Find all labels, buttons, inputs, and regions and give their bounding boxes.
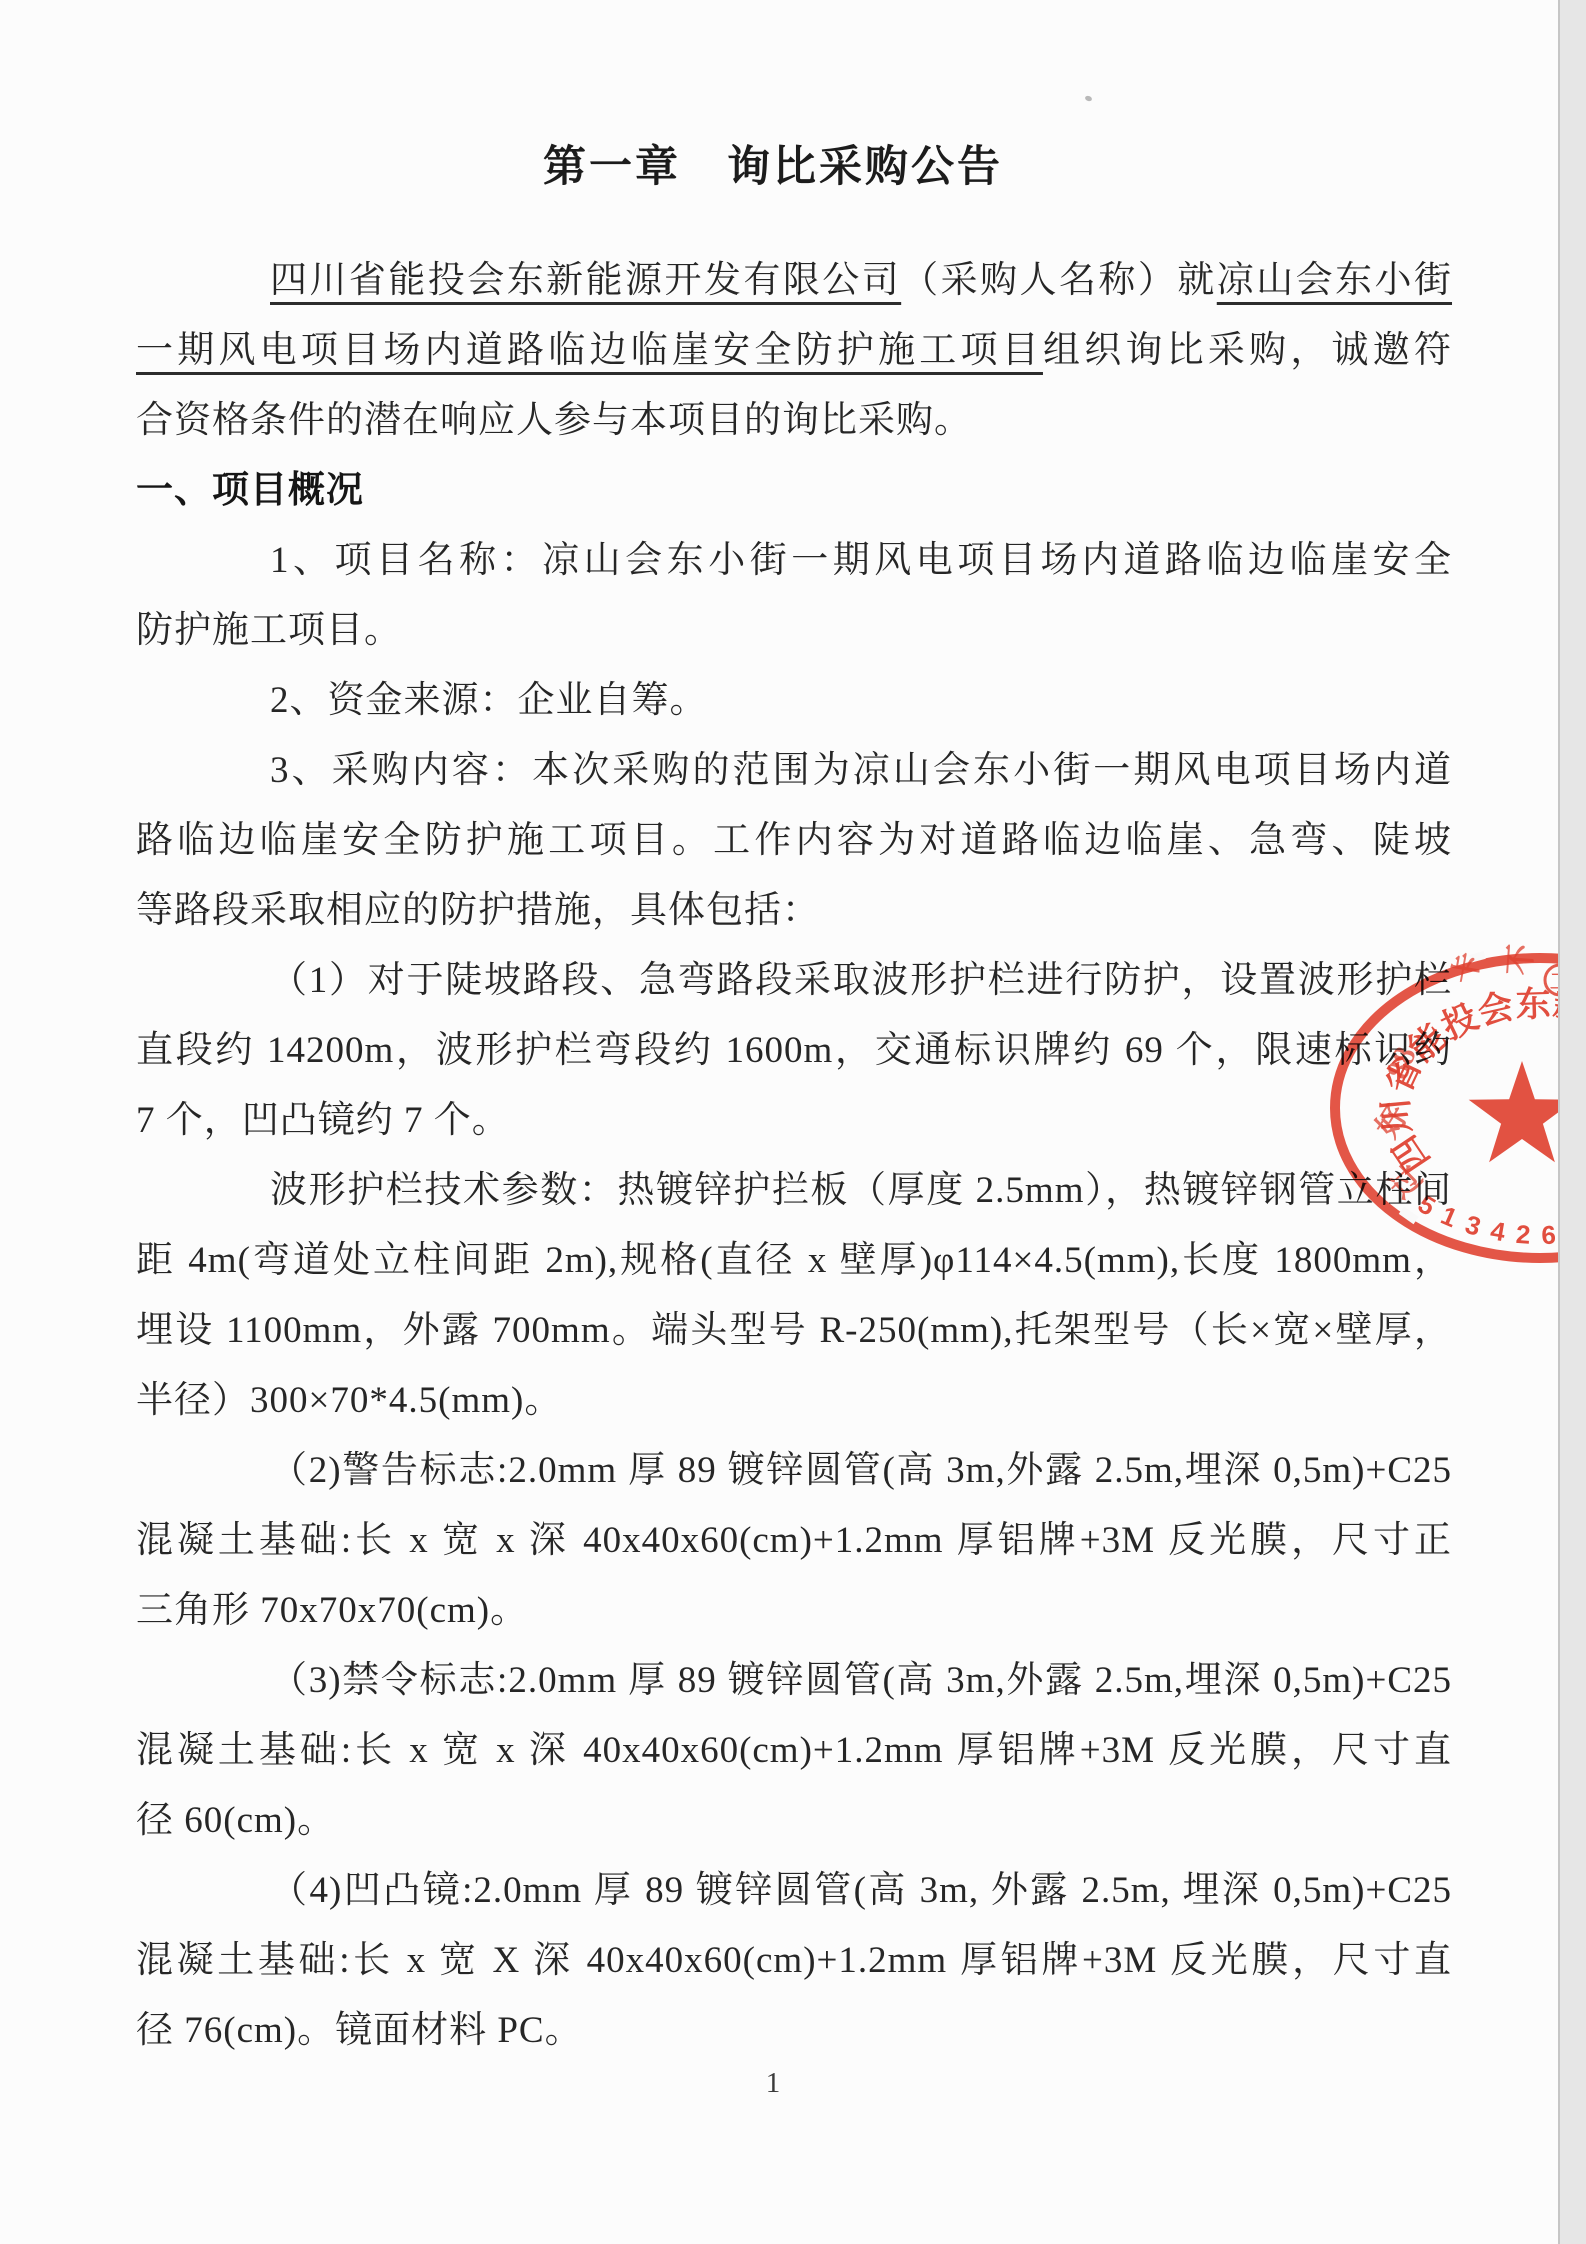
doc-line: 混凝土基础:长 x 宽 X 深 40x40x60(cm)+1.2mm 厚铝牌+3… (136, 1926, 1452, 1996)
doc-line: 等路段采取相应的防护措施，具体包括： (136, 876, 1452, 946)
doc-text: 埋设 1100mm，外露 700mm。端头型号 R-250(mm),托架型号（长… (136, 1310, 1452, 1351)
doc-line: 混凝土基础:长 x 宽 x 深 40x40x60(cm)+1.2mm 厚铝牌+3… (136, 1506, 1452, 1576)
doc-line: 四川省能投会东新能源开发有限公司（采购人名称）就凉山会东小街 (136, 246, 1452, 316)
scanned-document-page: 第一章 询比采购公告 四川省能投会东新能源开发有限公司（采购人名称）就凉山会东小… (0, 0, 1586, 2244)
doc-line: 距 4m(弯道处立柱间距 2m),规格(直径 x 壁厚)φ114×4.5(mm)… (136, 1226, 1452, 1296)
doc-line: 7 个，凹凸镜约 7 个。 (136, 1086, 1452, 1156)
doc-line: 三角形 70x70x70(cm)。 (136, 1576, 1452, 1646)
doc-line: 1、项目名称：凉山会东小街一期风电项目场内道路临边临崖安全 (136, 526, 1452, 596)
doc-text: 直段约 14200m，波形护栏弯段约 1600m，交通标识牌约 69 个，限速标… (136, 1030, 1452, 1071)
scan-artifact-dot (1084, 95, 1092, 102)
seal-ring-wear-mark (1469, 951, 1486, 963)
doc-line: 直段约 14200m，波形护栏弯段约 1600m，交通标识牌约 69 个，限速标… (136, 1016, 1452, 1086)
subitem-4-convex-mirror: （4)凹凸镜:2.0mm 厚 89 镀锌圆管(高 3m, 外露 2.5m, 埋深… (136, 1856, 1452, 1926)
item-project-name: 1、项目名称：凉山会东小街一期风电项目场内道路临边临崖安全 (270, 540, 1452, 581)
doc-text: 3、采购内容：本次采购的范围为凉山会东小街一期风电项目场内道 (270, 750, 1452, 791)
doc-text: 三角形 70x70x70(cm)。 (136, 1590, 528, 1631)
buyer-company-name: 四川省能投会东新能源开发有限公司 (270, 260, 901, 301)
doc-line: 半径）300×70*4.5(mm)。 (136, 1366, 1452, 1436)
doc-text: （3)禁令标志:2.0mm 厚 89 镀锌圆管(高 3m,外露 2.5m,埋深 … (270, 1660, 1452, 1701)
doc-text: 混凝土基础:长 x 宽 X 深 40x40x60(cm)+1.2mm 厚铝牌+3… (136, 1940, 1452, 1981)
doc-text: 径 76(cm)。镜面材料 PC。 (136, 2010, 583, 2051)
doc-line: 混凝土基础:长 x 宽 x 深 40x40x60(cm)+1.2mm 厚铝牌+3… (136, 1716, 1452, 1786)
doc-line: 防护施工项目。 (136, 596, 1452, 666)
doc-text: 半径）300×70*4.5(mm)。 (136, 1380, 562, 1421)
doc-text: 2、资金来源：企业自筹。 (270, 680, 708, 721)
page-number: 1 (0, 2060, 1546, 2106)
document-body: 四川省能投会东新能源开发有限公司（采购人名称）就凉山会东小街 一期风电项目场内道… (136, 246, 1452, 2066)
project-name-part: 一期风电项目场内道路临边临崖安全防护施工项目 (136, 330, 1043, 371)
subitem-1-guardrail: （1）对于陡坡路段、急弯路段采取波形护栏进行防护，设置波形护栏 (136, 946, 1452, 1016)
doc-text: （4)凹凸镜:2.0mm 厚 89 镀锌圆管(高 3m, 外露 2.5m, 埋深… (270, 1870, 1452, 1911)
scan-edge-strip (1558, 0, 1586, 2244)
item-procurement-content: 3、采购内容：本次采购的范围为凉山会东小街一期风电项目场内道 (136, 736, 1452, 806)
doc-text: 合资格条件的潜在响应人参与本项目的询比采购。 (136, 400, 972, 441)
subitem-3-prohibition-sign: （3)禁令标志:2.0mm 厚 89 镀锌圆管(高 3m,外露 2.5m,埋深 … (136, 1646, 1452, 1716)
doc-line: 一期风电项目场内道路临边临崖安全防护施工项目组织询比采购，诚邀符 (136, 316, 1452, 386)
seal-overlay-glyph: 不 (1494, 942, 1541, 976)
doc-line: 径 76(cm)。镜面材料 PC。 (136, 1996, 1452, 2066)
doc-line: 路临边临崖安全防护施工项目。工作内容为对道路临边临崖、急弯、陡坡 (136, 806, 1452, 876)
doc-line: 埋设 1100mm，外露 700mm。端头型号 R-250(mm),托架型号（长… (136, 1296, 1452, 1366)
doc-text: （1）对于陡坡路段、急弯路段采取波形护栏进行防护，设置波形护栏 (270, 960, 1452, 1001)
guardrail-tech-params: 波形护栏技术参数：热镀锌护拦板（厚度 2.5mm），热镀锌钢管立柱间 (136, 1156, 1452, 1226)
doc-line: 径 60(cm)。 (136, 1786, 1452, 1856)
doc-line: 合资格条件的潜在响应人参与本项目的询比采购。 (136, 386, 1452, 456)
section-heading-project-overview: 一、项目概况 (136, 456, 1452, 526)
doc-text: （2)警告标志:2.0mm 厚 89 镀锌圆管(高 3m,外露 2.5m,埋深 … (270, 1450, 1452, 1491)
heading-text: 一、项目概况 (136, 470, 364, 511)
doc-text: 径 60(cm)。 (136, 1800, 335, 1841)
doc-text: 混凝土基础:长 x 宽 x 深 40x40x60(cm)+1.2mm 厚铝牌+3… (136, 1730, 1452, 1771)
doc-text: 波形护栏技术参数：热镀锌护拦板（厚度 2.5mm），热镀锌钢管立柱间 (270, 1170, 1452, 1211)
subitem-2-warning-sign: （2)警告标志:2.0mm 厚 89 镀锌圆管(高 3m,外露 2.5m,埋深 … (136, 1436, 1452, 1506)
buyer-label: （采购人名称）就 (901, 260, 1217, 301)
doc-text: 混凝土基础:长 x 宽 x 深 40x40x60(cm)+1.2mm 厚铝牌+3… (136, 1520, 1452, 1561)
doc-text: 7 个，凹凸镜约 7 个。 (136, 1100, 510, 1141)
page-title: 第一章 询比采购公告 (0, 130, 1546, 206)
item-funding-source: 2、资金来源：企业自筹。 (136, 666, 1452, 736)
doc-text: 防护施工项目。 (136, 610, 402, 651)
project-name-part: 凉山会东小街 (1217, 260, 1452, 301)
doc-text: 距 4m(弯道处立柱间距 2m),规格(直径 x 壁厚)φ114×4.5(mm)… (136, 1240, 1452, 1281)
doc-text: 组织询比采购，诚邀符 (1043, 330, 1452, 371)
doc-text: 等路段采取相应的防护措施，具体包括： (136, 890, 820, 931)
doc-text: 路临边临崖安全防护施工项目。工作内容为对道路临边临崖、急弯、陡坡 (136, 820, 1452, 861)
